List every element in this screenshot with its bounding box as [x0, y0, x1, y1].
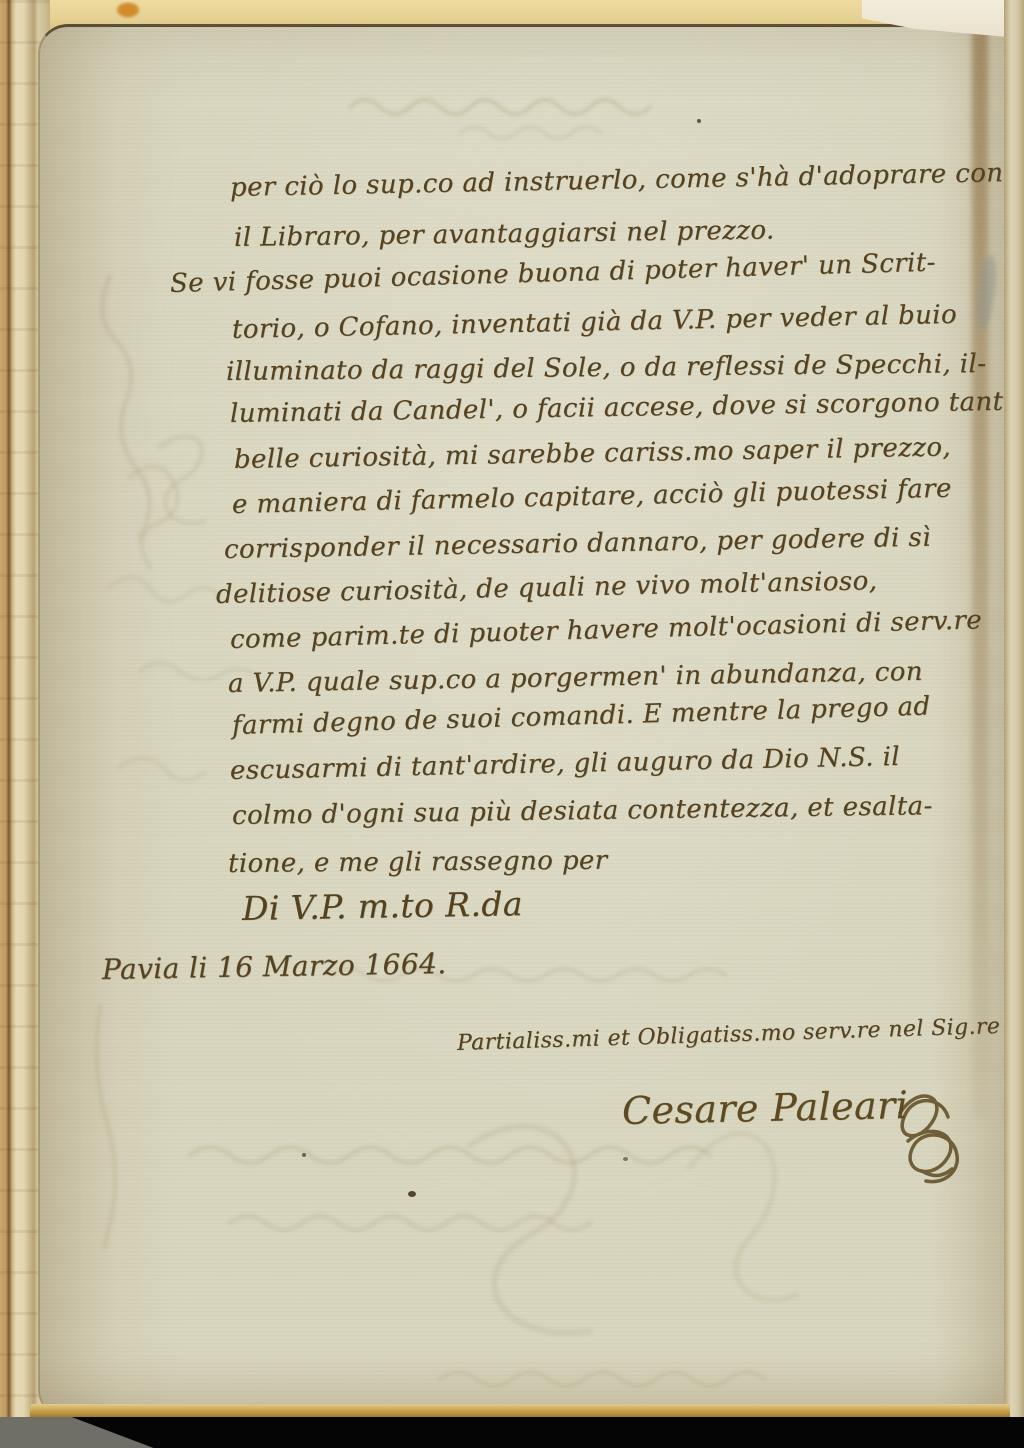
flourish-strokes	[900, 1096, 957, 1182]
letter-subscription: Di V.P. m.to R.da	[242, 884, 524, 928]
ink-speck	[302, 1153, 306, 1157]
facing-page-edge	[1004, 0, 1024, 1422]
scanned-manuscript-photo: per ciò lo sup.co ad instruerlo, come s'…	[0, 0, 1024, 1448]
letter-signature: Cesare Paleari	[622, 1083, 909, 1133]
ink-speck	[408, 1191, 416, 1197]
letter-dateline: Pavia li 16 Marzo 1664.	[102, 947, 447, 986]
orange-stain	[116, 2, 140, 18]
signature-flourish	[882, 1075, 986, 1187]
ink-speck	[623, 1157, 628, 1161]
scan-backdrop-shadow	[0, 1417, 1024, 1448]
ink-speck	[697, 119, 701, 123]
right-edge-stain	[972, 27, 988, 1117]
manuscript-page: per ciò lo sup.co ad instruerlo, come s'…	[38, 24, 1004, 1416]
letter-line-16: tione, e me gli rassegno per	[228, 846, 608, 879]
scan-backdrop	[0, 1417, 1024, 1448]
